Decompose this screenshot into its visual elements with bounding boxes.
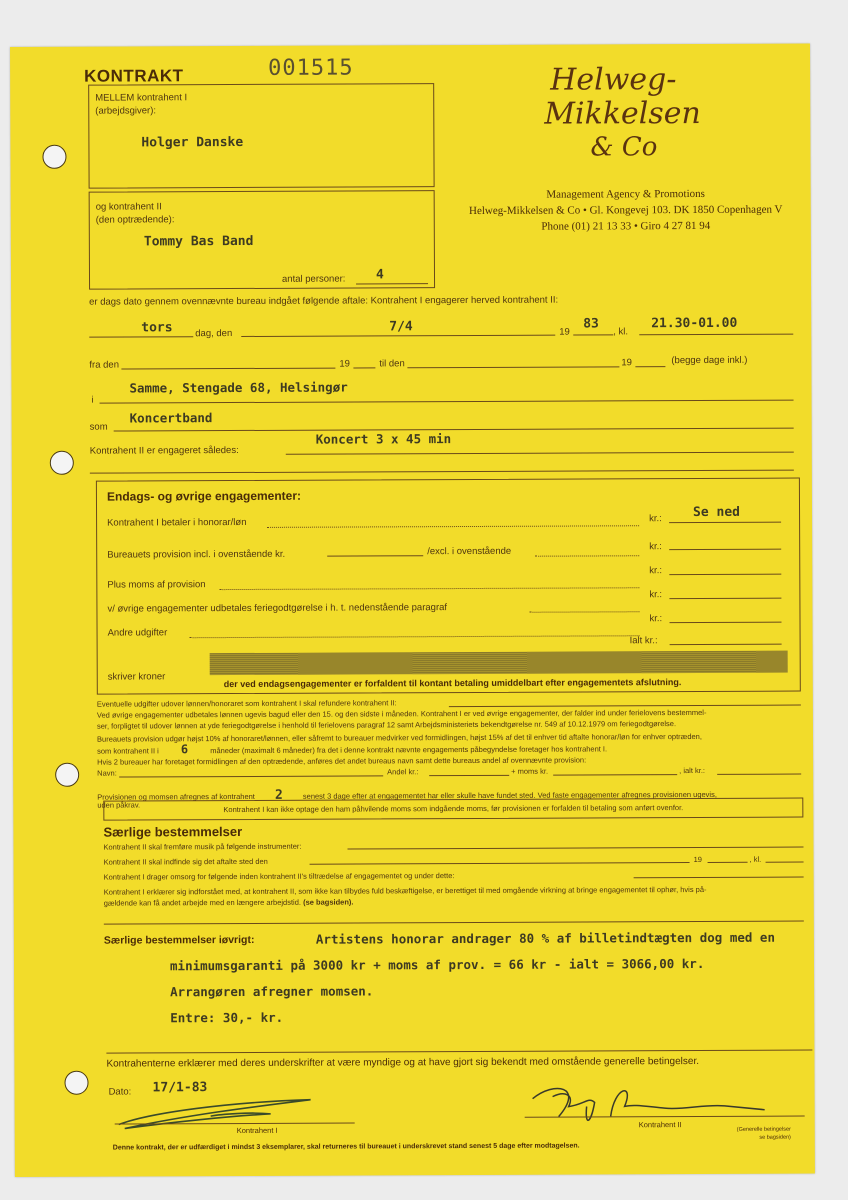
- party2-signature[interactable]: [524, 1076, 774, 1127]
- venue-field[interactable]: Samme, Stengade 68, Helsingør: [129, 380, 347, 396]
- engagements-box: Endags- og øvrige engagementer: Kontrahe…: [96, 478, 801, 695]
- contract-paper: KONTRAKT 001515 MELLEM kontrahent I (arb…: [10, 44, 815, 1177]
- engagement-field[interactable]: Koncert 3 x 45 min: [316, 431, 452, 447]
- special-heading: Særlige bestemmelser: [103, 824, 242, 840]
- party2-label: og kontrahent II: [96, 200, 175, 213]
- commission-incl-field[interactable]: [327, 555, 423, 556]
- punch-hole: [55, 763, 79, 787]
- date-field[interactable]: 7/4: [389, 319, 413, 334]
- day-label: dag, den: [195, 328, 232, 339]
- party1-box: MELLEM kontrahent I (arbejdsgiver): Holg…: [88, 83, 434, 189]
- party1-signature[interactable]: [111, 1092, 331, 1133]
- agency-info: Management Agency & Promotions Helweg-Mi…: [456, 186, 796, 235]
- from-label: fra den: [89, 360, 119, 371]
- to-field[interactable]: [407, 366, 619, 368]
- punch-hole: [50, 451, 74, 475]
- amount-in-words-field[interactable]: [210, 651, 788, 676]
- both-days-note: (begge dage inkl.): [671, 355, 747, 366]
- due-note: der ved endagsengagementer er forfaldent…: [224, 677, 682, 689]
- agreement-intro: er dags dato gennem ovennævnte bureau in…: [89, 295, 558, 308]
- party2-signature-label: Kontrahent II: [639, 1120, 682, 1129]
- party1-signature-label: Kontrahent I: [237, 1126, 278, 1135]
- share-total-field[interactable]: [717, 774, 801, 775]
- party2-sublabel: (den optrædende):: [96, 213, 175, 226]
- share-vat-field[interactable]: [553, 774, 677, 776]
- months-field[interactable]: 6: [181, 742, 188, 756]
- from-field[interactable]: [121, 368, 335, 370]
- holiday-pay-field[interactable]: [669, 598, 781, 599]
- engagements-heading: Endags- og øvrige engagementer:: [107, 489, 301, 504]
- arrival-time-field[interactable]: [766, 862, 804, 863]
- to-label: til den: [379, 358, 404, 369]
- total-field[interactable]: [670, 644, 782, 645]
- contract-number: 001515: [268, 56, 354, 81]
- agency-phone: Phone (01) 21 13 33 • Giro 4 27 81 94: [456, 218, 796, 235]
- punch-hole: [64, 1071, 88, 1095]
- agency-logo: Helweg- Mikkelsen & Co: [540, 62, 711, 183]
- day-field[interactable]: tors: [141, 320, 172, 335]
- second-agency-name-field[interactable]: [119, 775, 383, 777]
- fee-field[interactable]: Se ned: [693, 505, 740, 520]
- agency-address: Helweg-Mikkelsen & Co • Gl. Kongevej 103…: [456, 202, 796, 219]
- party1-label: MELLEM kontrahent I: [95, 91, 187, 104]
- refund-field[interactable]: [449, 705, 801, 708]
- arrival-date-field[interactable]: [310, 862, 690, 865]
- other-expenses-field[interactable]: [670, 622, 782, 623]
- agency-tagline: Management Agency & Promotions: [456, 186, 796, 203]
- other-provisions-label: Særlige bestemmelser iøvrigt:: [104, 934, 255, 947]
- vat-notice-box: Kontrahent I kan ikke optage den ham påh…: [103, 798, 803, 821]
- commission-field[interactable]: [669, 549, 781, 550]
- persons-label: antal personer:: [282, 274, 345, 285]
- punch-hole: [42, 145, 66, 169]
- party1-field[interactable]: Holger Danske: [141, 135, 243, 150]
- party2-field[interactable]: Tommy Bas Band: [144, 234, 254, 249]
- share-field[interactable]: [429, 775, 509, 776]
- role-field[interactable]: Koncertband: [130, 410, 213, 425]
- party2-box: og kontrahent II (den optrædende): Tommy…: [89, 190, 435, 290]
- vat-field[interactable]: [669, 574, 781, 575]
- persons-field[interactable]: 4: [356, 269, 428, 284]
- terms-section: Eventuelle udgifter udover lønnen/honora…: [97, 696, 801, 811]
- general-terms-note: (Generelle betingelser se bagsiden): [737, 1126, 791, 1142]
- care-field[interactable]: [634, 877, 804, 879]
- year-field[interactable]: 83: [583, 316, 599, 331]
- instruments-field[interactable]: [348, 847, 804, 850]
- return-note: Denne kontrakt, der er udfærdiget i mind…: [113, 1143, 580, 1152]
- signature-declaration: Kontrahenterne erklærer med deres unders…: [106, 1056, 699, 1070]
- time-field[interactable]: 21.30-01.00: [651, 316, 737, 331]
- party1-sublabel: (arbejdsgiver):: [95, 104, 187, 117]
